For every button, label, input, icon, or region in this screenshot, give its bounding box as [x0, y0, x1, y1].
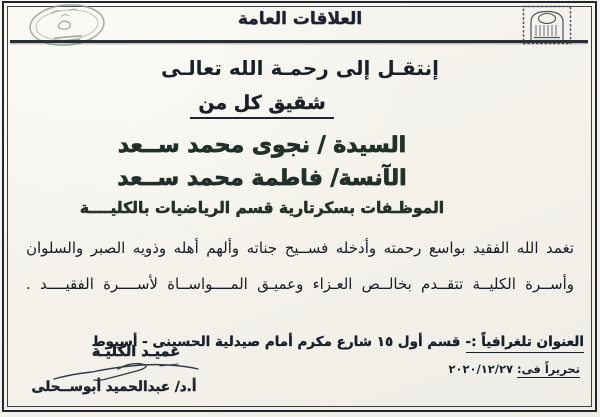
obituary-notice-document: العلاقات العامة إنتقـل إلى رحمـة الله تع…	[0, 0, 600, 417]
dean-title: عميـد الكليـة	[42, 344, 230, 360]
intro-line: إنتقـل إلى رحمـة الله تعالـى	[12, 56, 588, 80]
date-label: تحريراً فى:	[517, 362, 580, 378]
issue-date-line: تحريراً فى:٢٠٢٠/١٢/٢٧	[448, 362, 580, 378]
prayer-line-1: تغمد الله الفقيد بواسع رحمته وأدخله فســ…	[26, 230, 574, 266]
header-divider	[10, 40, 588, 43]
prayer-line-2: وأســرة الكليــة تتقــدم بخالــص العـزاء…	[26, 266, 574, 302]
bereaved-name-2: الآنسة/ فاطمة محمد ســعد	[0, 166, 550, 191]
bereaved-role-line: الموظـفات بسكرتارية قسم الرياضيات بالكلي…	[0, 199, 550, 217]
date-value: ٢٠٢٠/١٢/٢٧	[448, 362, 517, 376]
notice-body: إنتقـل إلى رحمـة الله تعالـى شقيق كل من …	[12, 50, 588, 302]
relation-line: شقيق كل من	[190, 92, 333, 119]
page-title: العلاقات العامة	[0, 9, 600, 29]
relation-line-wrap: شقيق كل من	[0, 92, 550, 119]
dean-signature-block: عميـد الكليـة أ.د/ عبدالحميد أبوســحلى	[20, 344, 208, 395]
address-label: العنوان تلغرافياً :-	[466, 334, 585, 353]
condolence-paragraph: تغمد الله الفقيد بواسع رحمته وأدخله فســ…	[12, 230, 588, 302]
names-block: شقيق كل من السيدة / نجوى محمد ســعد الآن…	[0, 92, 550, 217]
bereaved-name-1: السيدة / نجوى محمد ســعد	[0, 133, 550, 158]
faculty-emblem-icon	[522, 5, 572, 45]
dean-name: أ.د/ عبدالحميد أبوســحلى	[20, 379, 208, 395]
